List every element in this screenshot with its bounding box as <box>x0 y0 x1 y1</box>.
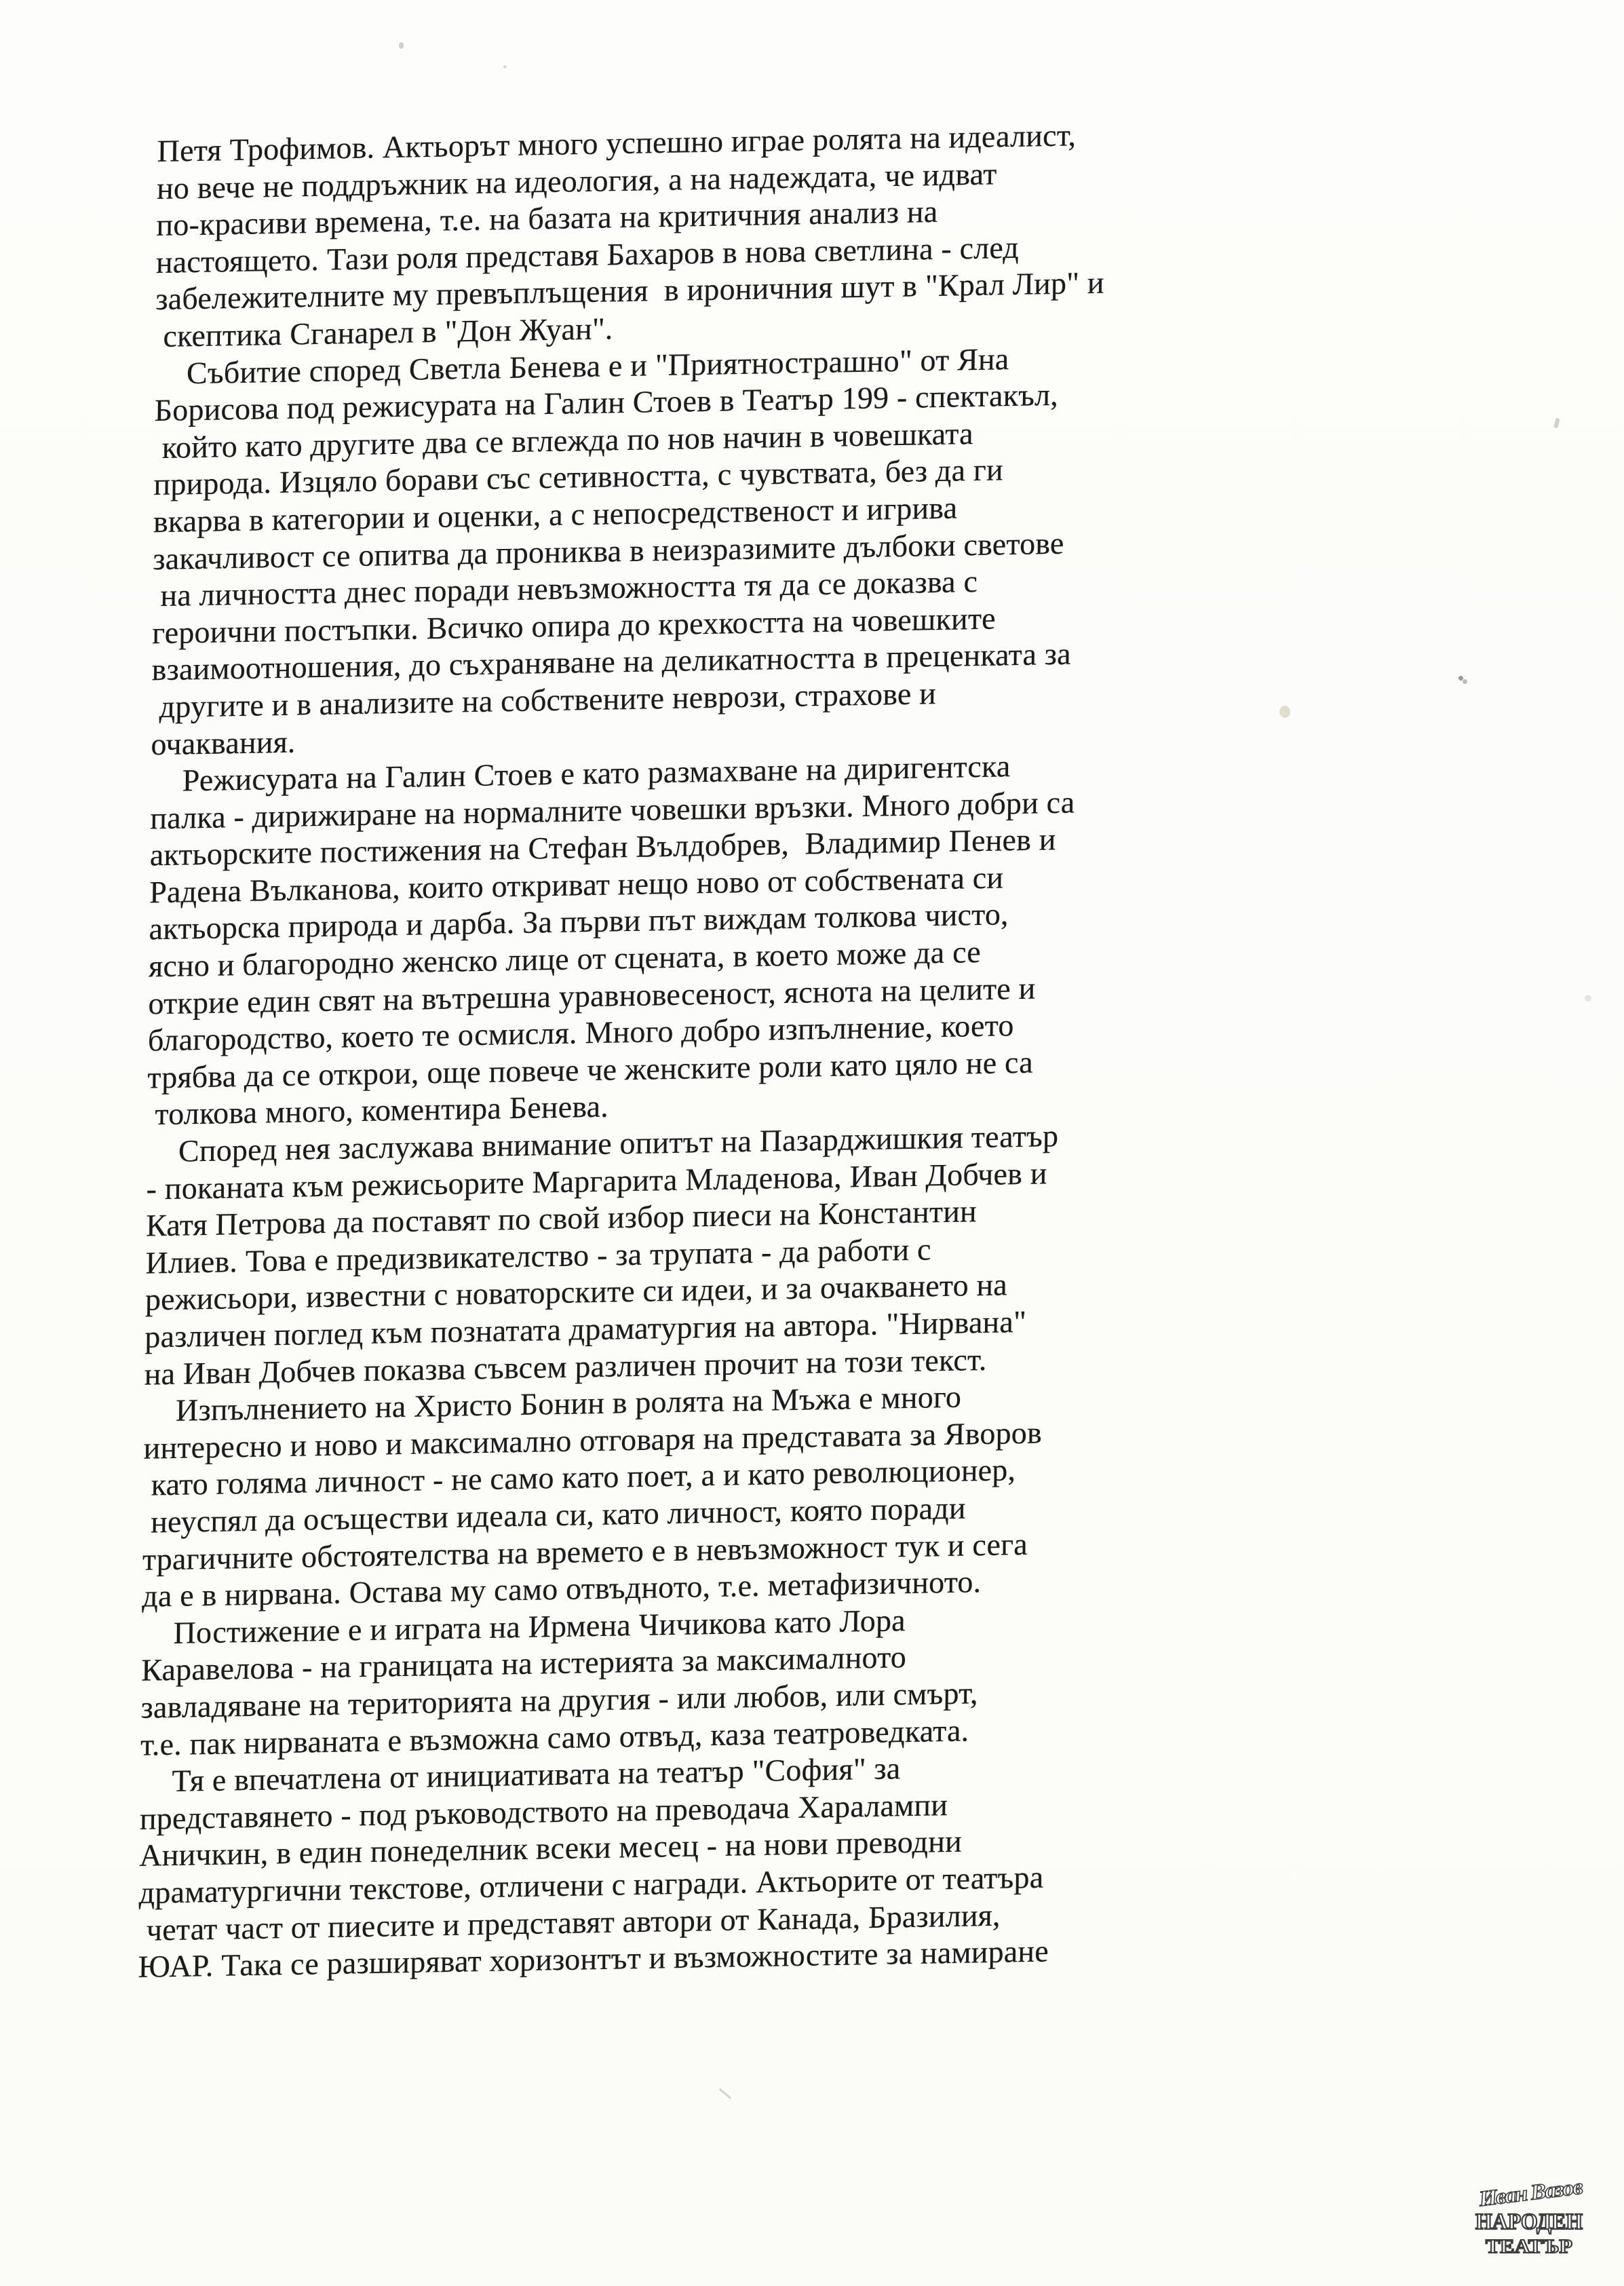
scanned-page: Петя Трофимов. Актьорът много успешно иг… <box>0 0 1624 2286</box>
scan-speck <box>719 2088 732 2099</box>
scan-speck <box>399 42 404 49</box>
scan-speck <box>1279 706 1290 718</box>
article-text: Петя Трофимов. Актьорът много успешно иг… <box>138 113 1323 1986</box>
scan-speck <box>1553 417 1560 428</box>
scan-speck <box>503 65 507 69</box>
scan-speck <box>1585 995 1591 1002</box>
stamp-word-naroden: НАРОДЕН <box>1475 2209 1583 2234</box>
stamp-word-teatar: ТЕАТЪР <box>1486 2236 1572 2258</box>
national-theatre-stamp: Иван Вазов НАРОДЕН ТЕАТЪР <box>1467 2171 1592 2263</box>
scan-speck <box>1458 676 1463 681</box>
stamp-signature-ivan-vazov: Иван Вазов <box>1477 2174 1584 2211</box>
